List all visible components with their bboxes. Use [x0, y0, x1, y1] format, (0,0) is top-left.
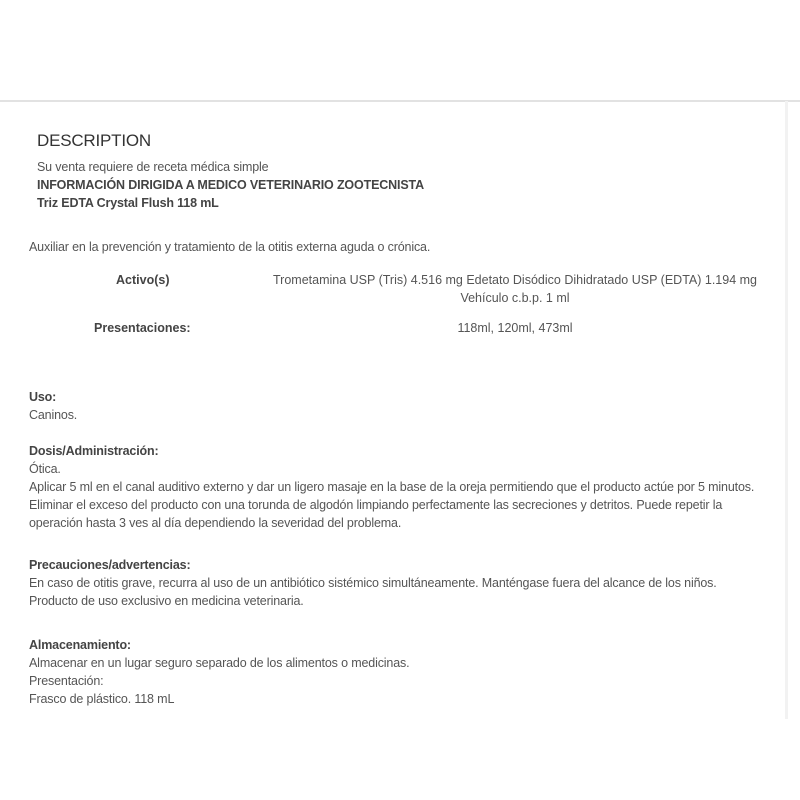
spec-label-activo: Activo(s) [116, 271, 169, 289]
spec-label-presentaciones: Presentaciones: [94, 319, 191, 337]
prescription-note: Su venta requiere de receta médica simpl… [37, 158, 268, 176]
section-line: Almacenar en un lugar seguro separado de… [29, 654, 409, 672]
section-precauciones: Precauciones/advertencias: En caso de ot… [29, 556, 717, 610]
section-uso: Uso: Caninos. [29, 388, 77, 424]
product-description-panel: DESCRIPTION Su venta requiere de receta … [0, 0, 785, 800]
section-line: En caso de otitis grave, recurra al uso … [29, 574, 717, 592]
spec-value-activo: Trometamina USP (Tris) 4.516 mg Edetato … [270, 271, 760, 307]
audience-note: INFORMACIÓN DIRIGIDA A MEDICO VETERINARI… [37, 176, 424, 194]
section-heading: Dosis/Administración: [29, 442, 754, 460]
spec-value-activo-line1: Trometamina USP (Tris) 4.516 mg Edetato … [270, 271, 760, 289]
product-name: Triz EDTA Crystal Flush 118 mL [37, 194, 219, 212]
spec-value-activo-line2: Vehículo c.b.p. 1 ml [270, 289, 760, 307]
section-line: Caninos. [29, 406, 77, 424]
section-line: Frasco de plástico. 118 mL [29, 690, 409, 708]
section-line: Presentación: [29, 672, 409, 690]
section-line: Aplicar 5 ml en el canal auditivo extern… [29, 478, 754, 496]
product-intro: Auxiliar en la prevención y tratamiento … [29, 238, 430, 256]
section-line: Eliminar el exceso del producto con una … [29, 496, 754, 514]
section-line: Producto de uso exclusivo en medicina ve… [29, 592, 717, 610]
section-line: Ótica. [29, 460, 754, 478]
section-heading: Almacenamiento: [29, 636, 409, 654]
section-right-divider [785, 101, 788, 719]
section-heading: Uso: [29, 388, 77, 406]
spec-value-presentaciones: 118ml, 120ml, 473ml [270, 319, 760, 337]
section-almacenamiento: Almacenamiento: Almacenar en un lugar se… [29, 636, 409, 708]
section-line: operación hasta 3 ves al día dependiendo… [29, 514, 754, 532]
section-dosis: Dosis/Administración: Ótica. Aplicar 5 m… [29, 442, 754, 532]
description-title: DESCRIPTION [37, 131, 151, 151]
section-heading: Precauciones/advertencias: [29, 556, 717, 574]
